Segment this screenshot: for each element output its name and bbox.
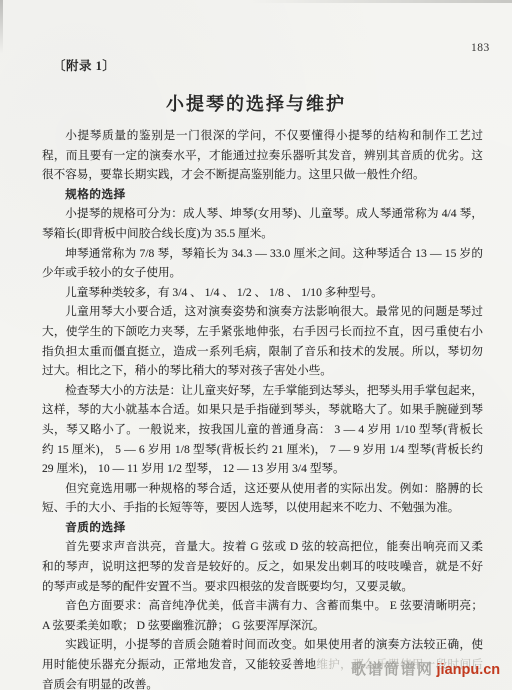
text-segment: 音色方面要求：高音纯净优美，低音丰满有力、含蓄而集中。 E 弦要清晰明亮； — [65, 599, 483, 612]
text-segment: 的琴声或是琴的配件安置不当。要求四根弦的发音既要均匀，又要灵敏。 — [42, 580, 413, 593]
text-line: 过大。相比之下，稍小的琴比稍大的琴对孩子害处小些。 — [42, 361, 483, 381]
text-line: 琴箱长(即背板中间胶合线长度)为 35.5 厘米。 — [42, 224, 483, 244]
section-heading: 规格的选择 — [42, 185, 483, 205]
scan-edge-artifact-left — [0, 0, 3, 60]
text-line: 小提琴质量的鉴别是一门很深的学问，不仅要懂得小提琴的结构和制作工艺过 — [42, 126, 483, 146]
page-title: 小提琴的选择与维护 — [0, 90, 512, 116]
article-body: 小提琴质量的鉴别是一门很深的学问，不仅要懂得小提琴的结构和制作工艺过程，而且要有… — [42, 126, 483, 690]
scan-edge-artifact-top — [250, 0, 512, 3]
text-line: 约 15 厘米)， 5 — 6 岁用 1/8 型琴(背板长约 21 厘米)， 7… — [42, 440, 483, 460]
text-line: 大，使学生的下颌吃力夹琴，左手紧张地伸张，右手因弓长而拉不直，因弓重使右小 — [42, 322, 483, 342]
watermark-site-name: 歌谱简谱网 — [351, 662, 434, 678]
text-segment: 大，使学生的下颌吃力夹琴，左手紧张地伸张，右手因弓长而拉不直，因弓重使右小 — [42, 325, 483, 338]
text-segment: 短、手的大小、手指的长短等等，要因人选琴，以使用起来不吃力、不勉强为准。 — [42, 501, 459, 514]
text-segment: 儿童琴种类较多，有 3/4 、 1/4 、 1/2 、 1/8 、 1/10 多… — [65, 286, 383, 299]
text-segment: 但究竟选用哪一种规格的琴合适，这还要从使用者的实际出发。例如：胳膊的长 — [65, 482, 483, 495]
text-line: 儿童用琴大小要合适，这对演奏姿势和演奏方法影响很大。最常见的问题是琴过 — [42, 302, 483, 322]
watermark-site-url: jianpu.cn — [437, 662, 501, 678]
text-line: 小提琴的规格可分为：成人琴、坤琴(女用琴)、儿童琴。成人琴通常称为 4/4 琴， — [42, 204, 483, 224]
text-line: 29 厘米)， 10 — 11 岁用 1/2 型琴， 12 — 13 岁用 3/… — [42, 459, 483, 479]
text-line: 实践证明，小提琴的音质会随着时间而改变。如果使用者的演奏方法较正确，使 — [42, 635, 483, 655]
text-line: 坤琴通常称为 7/8 琴，琴箱长为 34.3 — 33.0 厘米之间。这种琴适合… — [42, 244, 483, 264]
text-line: 短、手的大小、手指的长短等等，要因人选琴，以使用起来不吃力、不勉强为准。 — [42, 498, 483, 518]
text-line: 儿童琴种类较多，有 3/4 、 1/4 、 1/2 、 1/8 、 1/10 多… — [42, 283, 483, 303]
text-segment: 坤琴通常称为 7/8 琴，琴箱长为 34.3 — 33.0 厘米之间。这种琴适合… — [65, 247, 483, 260]
text-segment: 指负担太重而僵直挺立，造成一系列毛病，限制了音乐和技术的发展。所以，琴切勿 — [42, 345, 483, 358]
text-line: 音色方面要求：高音纯净优美，低音丰满有力、含蓄而集中。 E 弦要清晰明亮； — [42, 596, 483, 616]
text-segment: 用时能使乐器充分振动，正常地发音，又能较妥善地 — [42, 658, 316, 671]
text-line: 首先要求声音洪亮，音量大。按着 G 弦或 D 弦的较高把位，能奏出响亮而又柔 — [42, 537, 483, 557]
text-line: 少年或手较小的女子使用。 — [42, 263, 483, 283]
watermark: 歌谱简谱网jianpu.cn — [351, 663, 500, 678]
text-segment: 音质的选择 — [65, 521, 125, 534]
text-line: 指负担太重而僵直挺立，造成一系列毛病，限制了音乐和技术的发展。所以，琴切勿 — [42, 342, 483, 362]
text-segment: 琴箱长(即背板中间胶合线长度)为 35.5 厘米。 — [42, 227, 273, 240]
text-segment: 小提琴的规格可分为：成人琴、坤琴(女用琴)、儿童琴。成人琴通常称为 4/4 琴， — [65, 207, 483, 220]
text-segment: 检查琴大小的方法是：让儿童夹好琴，左手掌能到达琴头，把琴头用手掌包起来， — [65, 384, 483, 397]
text-segment: 很不容易，要靠长期实践，才会不断提高鉴别能力。这里只做一般性介绍。 — [42, 168, 425, 181]
text-segment: 29 厘米)， 10 — 11 岁用 1/2 型琴， 12 — 13 岁用 3/… — [42, 462, 345, 475]
text-line: 和的琴声，说明这把琴的发音是较好的。反之，如果发出刺耳的吱吱噪音，就是不好 — [42, 557, 483, 577]
text-segment: 约 15 厘米)， 5 — 6 岁用 1/8 型琴(背板长约 21 厘米)， 7… — [42, 443, 483, 456]
text-line: A 弦要柔美如歌； D 弦要幽雅沉静； G 弦要浑厚深沉。 — [42, 616, 483, 636]
section-heading: 音质的选择 — [42, 518, 483, 538]
text-segment: 音质会有明显的改善。 — [42, 678, 158, 690]
scanned-book-page: 183 〔附录 1〕 小提琴的选择与维护 小提琴质量的鉴别是一门很深的学问，不仅… — [0, 0, 512, 690]
text-segment: 这样，琴的大小就基本合适。如果只是手指碰到琴头，琴就略大了。如果手腕碰到琴 — [42, 403, 483, 416]
text-line: 很不容易，要靠长期实践，才会不断提高鉴别能力。这里只做一般性介绍。 — [42, 165, 483, 185]
text-line: 的琴声或是琴的配件安置不当。要求四根弦的发音既要均匀，又要灵敏。 — [42, 577, 483, 597]
text-segment: 过大。相比之下，稍小的琴比稍大的琴对孩子害处小些。 — [42, 364, 332, 377]
text-line: 程，而且要有一定的演奏水平，才能通过拉奏乐器听其发音，辨别其音质的优劣。这 — [42, 146, 483, 166]
text-line: 头，琴又略小了。一般说来，按我国儿童的普通身高： 3 — 4 岁用 1/10 型… — [42, 420, 483, 440]
text-segment: A 弦要柔美如歌； D 弦要幽雅沉静； G 弦要浑厚深沉。 — [42, 619, 324, 632]
appendix-label: 〔附录 1〕 — [53, 56, 115, 74]
text-segment: 实践证明，小提琴的音质会随着时间而改变。如果使用者的演奏方法较正确，使 — [65, 638, 483, 651]
text-segment: 儿童用琴大小要合适，这对演奏姿势和演奏方法影响很大。最常见的问题是琴过 — [65, 305, 483, 318]
page-number: 183 — [471, 42, 490, 54]
text-line: 检查琴大小的方法是：让儿童夹好琴，左手掌能到达琴头，把琴头用手掌包起来， — [42, 381, 483, 401]
text-segment: 规格的选择 — [65, 188, 125, 201]
text-line: 这样，琴的大小就基本合适。如果只是手指碰到琴头，琴就略大了。如果手腕碰到琴 — [42, 400, 483, 420]
text-segment: 少年或手较小的女子使用。 — [42, 266, 181, 279]
text-segment: 小提琴质量的鉴别是一门很深的学问，不仅要懂得小提琴的结构和制作工艺过 — [65, 129, 483, 142]
text-segment: 头，琴又略小了。一般说来，按我国儿童的普通身高： 3 — 4 岁用 1/10 型… — [42, 423, 483, 436]
text-segment: 首先要求声音洪亮，音量大。按着 G 弦或 D 弦的较高把位，能奏出响亮而又柔 — [65, 540, 483, 553]
text-segment: 程，而且要有一定的演奏水平，才能通过拉奏乐器听其发音，辨别其音质的优劣。这 — [42, 149, 483, 162]
text-line: 但究竟选用哪一种规格的琴合适，这还要从使用者的实际出发。例如：胳膊的长 — [42, 479, 483, 499]
text-segment: 和的琴声，说明这把琴的发音是较好的。反之，如果发出刺耳的吱吱噪音，就是不好 — [42, 560, 483, 573]
